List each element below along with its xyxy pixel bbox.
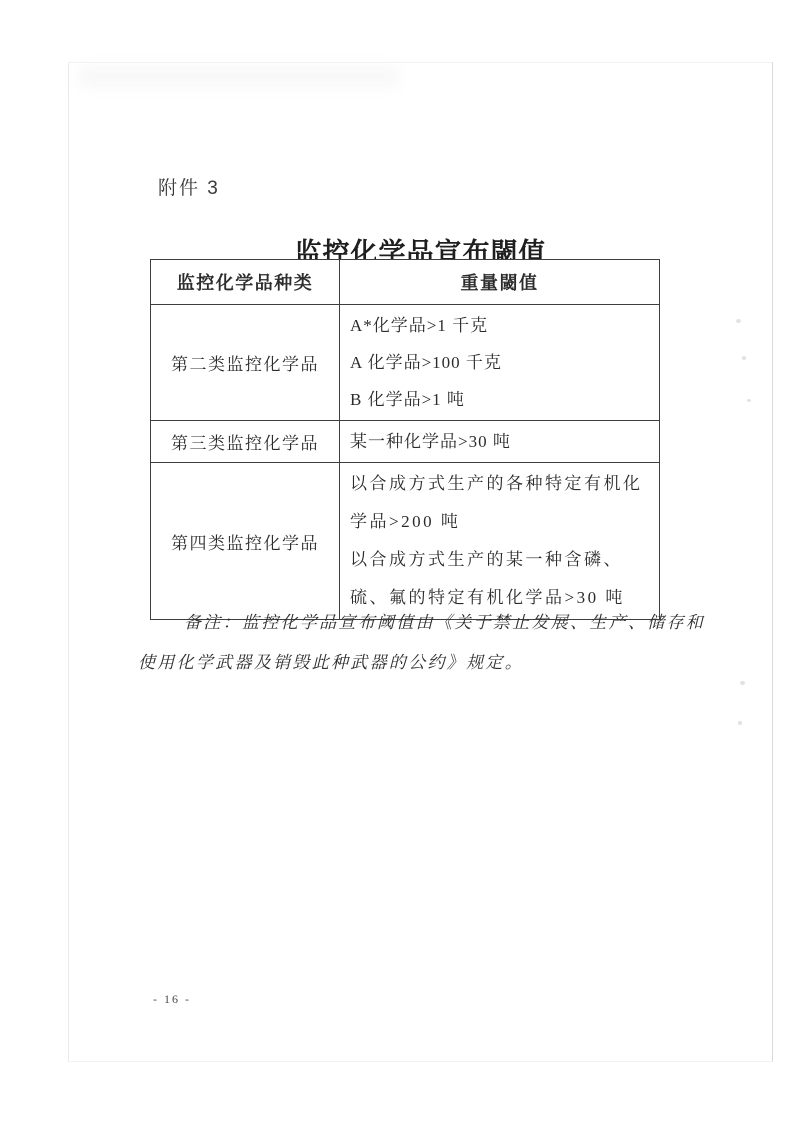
threshold-cell: 以合成方式生产的各种特定有机化学品>200 吨 以合成方式生产的某一种含磷、硫、… (340, 463, 660, 620)
table-row: 第四类监控化学品 以合成方式生产的各种特定有机化学品>200 吨 以合成方式生产… (151, 463, 660, 620)
threshold-line: 以合成方式生产的各种特定有机化学品>200 吨 (350, 465, 651, 541)
table-row: 第三类监控化学品 某一种化学品>30 吨 (151, 421, 660, 463)
scanned-document-canvas: 附件 3 监控化学品宣布閾值 监控化学品种类 重量閾值 第二类监控化学品 A*化… (0, 0, 793, 1122)
scan-artifact-speck (742, 356, 746, 360)
threshold-cell: 某一种化学品>30 吨 (340, 421, 660, 463)
category-cell: 第二类监控化学品 (151, 305, 340, 421)
scan-artifact-speck (736, 319, 741, 323)
table-header-category: 监控化学品种类 (151, 260, 340, 305)
remark-note: 备注：监控化学品宣布阈值由《关于禁止发展、生产、储存和使用化学武器及销毁此种武器… (138, 603, 714, 683)
threshold-line: 某一种化学品>30 吨 (350, 423, 651, 460)
attachment-label: 附件 3 (158, 173, 220, 200)
threshold-cell: A*化学品>1 千克 A 化学品>100 千克 B 化学品>1 吨 (340, 305, 660, 421)
page-number: - 16 - (153, 992, 191, 1007)
scan-artifact-speck (738, 721, 742, 725)
threshold-line: B 化学品>1 吨 (350, 381, 651, 418)
table-header-threshold: 重量閾值 (340, 260, 660, 305)
table-row: 第二类监控化学品 A*化学品>1 千克 A 化学品>100 千克 B 化学品>1… (151, 305, 660, 421)
table-header-row: 监控化学品种类 重量閾值 (151, 260, 660, 305)
scan-artifact-smudge (79, 67, 399, 87)
scan-artifact-speck (747, 399, 751, 402)
document-page: 附件 3 监控化学品宣布閾值 监控化学品种类 重量閾值 第二类监控化学品 A*化… (68, 62, 773, 1062)
threshold-table: 监控化学品种类 重量閾值 第二类监控化学品 A*化学品>1 千克 A 化学品>1… (150, 259, 660, 620)
threshold-line: A 化学品>100 千克 (350, 344, 651, 381)
category-cell: 第四类监控化学品 (151, 463, 340, 620)
category-cell: 第三类监控化学品 (151, 421, 340, 463)
threshold-line: A*化学品>1 千克 (350, 307, 651, 344)
scan-artifact-speck (740, 681, 745, 685)
